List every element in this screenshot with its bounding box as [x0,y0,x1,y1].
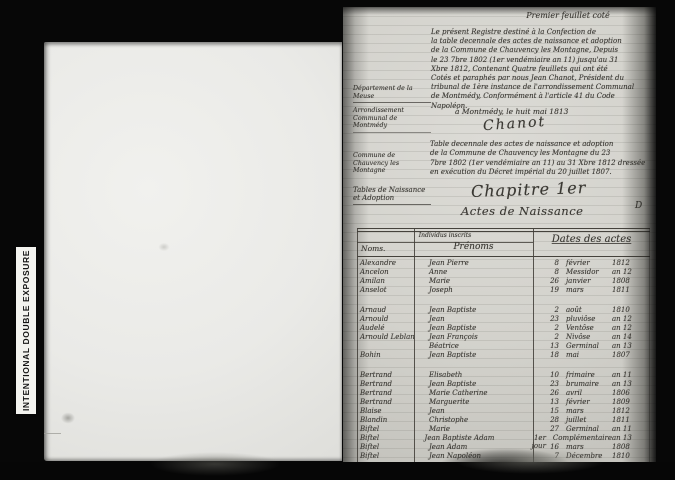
cell-name: Arnaud [357,306,414,315]
table-row: ArnouldJean23pluviôsean 12 [357,315,650,324]
column-header-prenoms: Prénoms [414,242,533,252]
cell-day: 2 [533,306,559,315]
table-row: BertrandJean Baptiste23brumairean 13 [357,380,650,389]
exposure-label-text: INTENTIONAL DOUBLE EXPOSURE [21,250,31,411]
intro-line: Le présent Registre destiné à la Confect… [431,28,651,37]
cell-name: Blaise [357,407,414,416]
table-row-group: BertrandÉlisabeth10frimairean 11Bertrand… [357,371,650,461]
cell-day: 16 [533,443,559,452]
cell-firstname: Christophe [414,416,533,425]
cell-month: Messidor [559,268,612,277]
intro-line: de Montmédy, Conformément à l'article 41… [431,92,651,101]
page-header: Premier feuillet coté [493,11,643,20]
table-row: AmilanMarie26janvier1808 [357,277,650,286]
cell-day: 13 [533,398,559,407]
intro-paragraph: Le présent Registre destiné à la Confect… [431,28,651,111]
cell-name [357,342,414,351]
cell-month: pluviôse [559,315,612,324]
cell-firstname: Béatrice [414,342,533,351]
cell-firstname: Marguerite [414,398,533,407]
intro-line: Xbre 1812, Contenant Quatre feuillets qu… [431,65,651,74]
cell-firstname: Jean [414,407,533,416]
intro-line: le 23 7bre 1802 (1er vendémiaire an 11) … [431,56,651,65]
table-row: BohinJean Baptiste18mai1807 [357,351,650,360]
cell-name: Bohin [357,351,414,360]
dateline: à Montmédy, le huit mai 1813 [455,107,568,116]
cell-month: Complémentaire [546,434,612,443]
margin-note: Département de la Meuse [353,85,431,103]
cell-day: 28 [533,416,559,425]
table-row: BiftelMarie27Germinalan 11 [357,425,650,434]
cell-month: mars [559,286,612,295]
chapter-heading: Chapitre 1er [471,178,587,201]
cell-month: janvier [559,277,612,286]
cell-name: Biftel [357,434,410,443]
cell-name: Ancelon [357,268,414,277]
table-row: BiftelJean Baptiste Adam1er jourCompléme… [357,434,650,443]
column-header-noms: Noms. [361,244,385,253]
cell-month: mai [559,351,612,360]
margin-note: Arrondissement Communal de Montmédy [353,107,431,133]
cell-day: 8 [533,268,559,277]
cell-month: mars [559,407,612,416]
register-right-page: Premier feuillet coté Département de la … [343,7,656,462]
cell-name: Bertrand [357,398,414,407]
scanned-register-page: { "scan": { "overlay_label": "INTENTIONA… [0,0,675,480]
table-row: BiftelJean Adam16mars1808 [357,443,650,452]
intentional-double-exposure-label: INTENTIONAL DOUBLE EXPOSURE [16,247,36,414]
cell-firstname: Jean Adam [414,443,533,452]
cell-firstname: Jean Baptiste [414,306,533,315]
cell-name: Arnould [357,315,414,324]
cell-name: Arnould Leblan [357,333,414,342]
cell-month: juillet [559,416,612,425]
cell-firstname: Jean François [414,333,533,342]
cell-month: brumaire [559,380,612,389]
cell-name: Biftel [357,425,414,434]
cell-name: Amilan [357,277,414,286]
cell-firstname: Jean Pierre [414,259,533,268]
table-row: Béatrice13Germinalan 13 [357,342,650,351]
cell-month: frimaire [559,371,612,380]
cell-day: 26 [533,277,559,286]
cell-month: Décembre [559,452,612,461]
intro-line: Cotés et paraphés par nous Jean Chanot, … [431,74,651,83]
cell-day: 23 [533,380,559,389]
table-row: BlaiseJean15mars1812 [357,407,650,416]
cell-day: 1er jour [520,434,546,443]
table-row: BlandinChristophe28juillet1811 [357,416,650,425]
cell-month: Germinal [559,342,612,351]
cell-name: Bertrand [357,380,414,389]
cell-day: 19 [533,286,559,295]
intro-line: de la Commune de Chauvency les Montagne,… [431,46,651,55]
cell-day: 18 [533,351,559,360]
cell-name: Bertrand [357,389,414,398]
cell-day: 10 [533,371,559,380]
cell-month: août [559,306,612,315]
register-table: Individus inscrits Noms. Prénoms Dates d… [357,228,650,463]
cell-firstname: Élisabeth [414,371,533,380]
cell-day: 13 [533,342,559,351]
table-header: Individus inscrits Noms. Prénoms Dates d… [357,229,650,257]
table-row: BertrandMarie Catherine26avril1806 [357,389,650,398]
margin-note: Commune de Chauvency les Montagne [353,152,431,175]
cell-day: 15 [533,407,559,416]
cell-name: Blandin [357,416,414,425]
cell-month: Nivôse [559,333,612,342]
signature: Chanot [483,114,547,134]
cell-day: 2 [533,324,559,333]
cell-name: Anselot [357,286,414,295]
cell-month: Ventôse [559,324,612,333]
table-row: AncelonAnne8Messidoran 12 [357,268,650,277]
cell-day: 8 [533,259,559,268]
table-row: ArnaudJean Baptiste2août1810 [357,306,650,315]
table-row-group: AlexandreJean Pierre8février1812AncelonA… [357,259,650,295]
table-row: Arnould LeblanJean François2Nivôsean 14 [357,333,650,342]
cell-day: 2 [533,333,559,342]
blank-left-page [44,42,342,461]
margin-note: Tables de Naissance et Adoption [353,187,431,205]
cell-name: Audelé [357,324,414,333]
table-row: AlexandreJean Pierre8février1812 [357,259,650,268]
table-row: BertrandMarguerite13février1809 [357,398,650,407]
cell-month: Germinal [559,425,612,434]
cell-day: 23 [533,315,559,324]
table-row: AudeléJean Baptiste2Ventôsean 12 [357,324,650,333]
cell-firstname: Jean Baptiste Adam [410,434,520,443]
cell-firstname: Marie [414,277,533,286]
table-row: BiftelJean Napoléon7Décembre1810 [357,452,650,461]
cell-firstname: Jean Baptiste [414,351,533,360]
cell-firstname: Jean [414,315,533,324]
cell-day: 7 [533,452,559,461]
table-row: BertrandÉlisabeth10frimairean 11 [357,371,650,380]
cell-name: Biftel [357,452,414,461]
cell-name: Biftel [357,443,414,452]
cell-month: février [559,259,612,268]
cell-name: Alexandre [357,259,414,268]
chapter-subheading: Actes de Naissance [461,204,583,218]
cell-firstname: Jean Baptiste [414,380,533,389]
bottom-black-margin [0,462,675,480]
page-edge-shadow [622,7,656,462]
cell-name: Bertrand [357,371,414,380]
scan-scratch-artifact [44,433,61,434]
table-row-group: ArnaudJean Baptiste2août1810ArnouldJean2… [357,306,650,360]
table-body: AlexandreJean Pierre8février1812AncelonA… [357,259,650,463]
cell-month: février [559,398,612,407]
cell-firstname: Marie [414,425,533,434]
cell-firstname: Jean Napoléon [414,452,533,461]
table-row: AnselotJoseph19mars1811 [357,286,650,295]
cell-month: mars [559,443,612,452]
cell-day: 26 [533,389,559,398]
cell-firstname: Joseph [414,286,533,295]
cell-firstname: Marie Catherine [414,389,533,398]
cell-month: avril [559,389,612,398]
cell-day: 27 [533,425,559,434]
cell-firstname: Anne [414,268,533,277]
cell-firstname: Jean Baptiste [414,324,533,333]
